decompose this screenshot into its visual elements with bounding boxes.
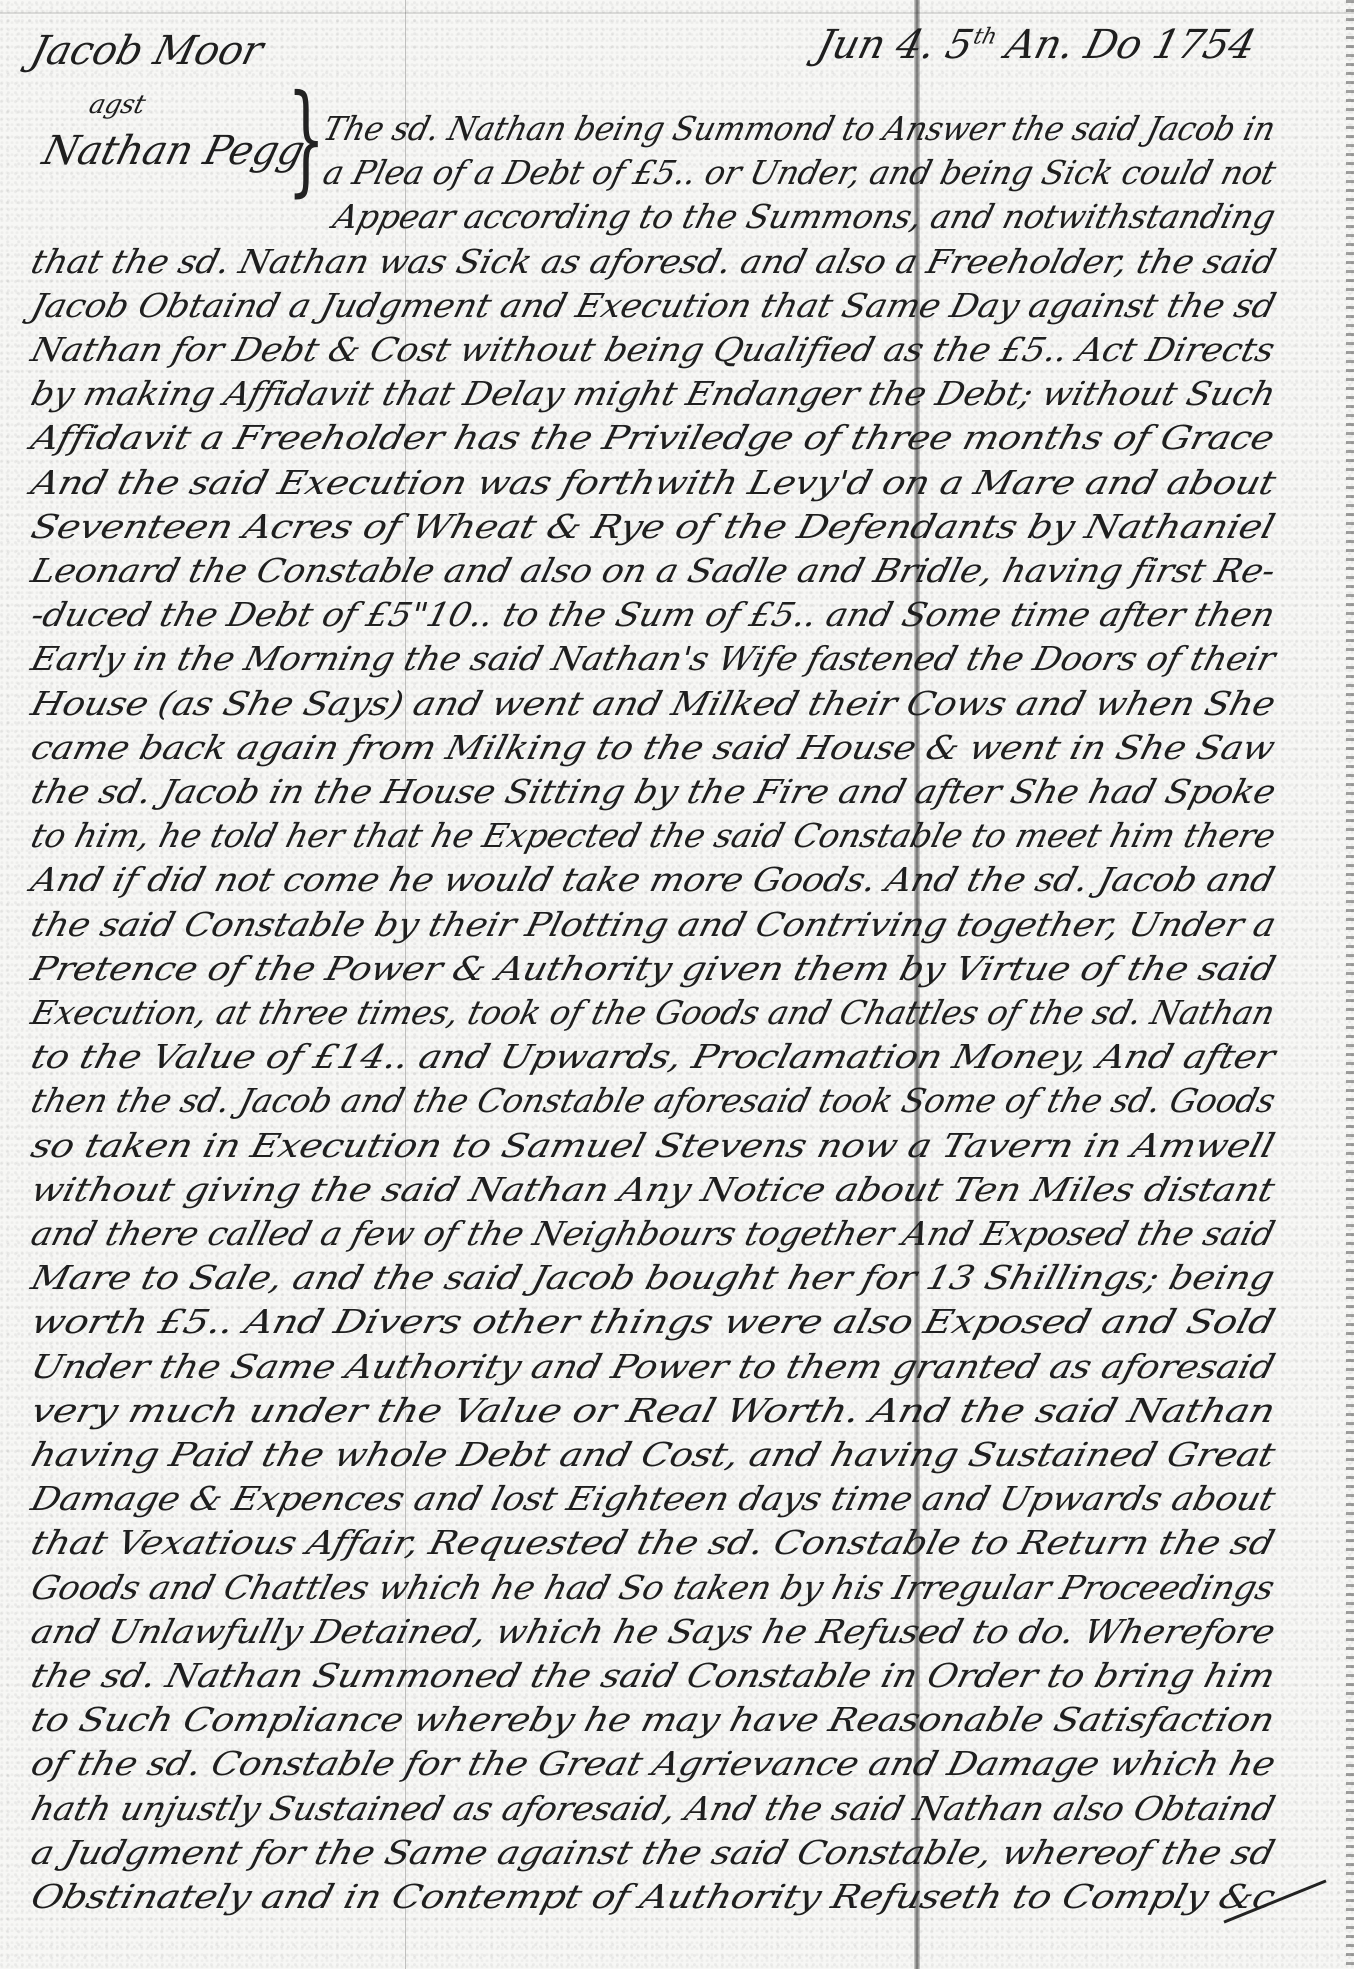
date-day: Jun 4. 5 — [812, 22, 978, 68]
record-line: to Such Compliance whereby he may have R… — [28, 1703, 1278, 1736]
record-line: came back again from Milking to the said… — [28, 731, 1278, 764]
paper-edge-right — [1346, 0, 1354, 1969]
record-line: Early in the Morning the said Nathan's W… — [28, 642, 1278, 675]
record-line: Under the Same Authority and Power to th… — [28, 1350, 1278, 1383]
record-line: a Plea of a Debt of £5.. or Under, and b… — [320, 156, 1279, 189]
paper-fold-horizontal — [0, 12, 1354, 14]
date-year: An. Do 1754 — [989, 22, 1260, 68]
record-line: a Judgment for the Same against the said… — [28, 1836, 1278, 1869]
record-line: the said Constable by their Plotting and… — [28, 908, 1279, 941]
record-line: that Vexatious Affair, Requested the sd.… — [28, 1526, 1278, 1559]
caption-plaintiff: Jacob Moor — [26, 28, 267, 74]
record-line: that the sd. Nathan was Sick as aforesd.… — [28, 245, 1279, 278]
record-line: Pretence of the Power & Authority given … — [28, 952, 1279, 985]
caption-versus: agst — [86, 90, 148, 120]
record-line: Nathan for Debt & Cost without being Qua… — [28, 333, 1278, 366]
record-line: of the sd. Constable for the Great Agrie… — [28, 1747, 1279, 1780]
record-line: Jacob Obtaind a Judgment and Execution t… — [28, 289, 1279, 322]
caption-brace: } — [287, 80, 325, 200]
record-line: worth £5.. And Divers other things were … — [28, 1305, 1278, 1338]
date-line: Jun 4. 5th An. Do 1754 — [812, 22, 1260, 68]
record-line: very much under the Value or Real Worth.… — [28, 1394, 1278, 1427]
record-line: having Paid the whole Debt and Cost, and… — [28, 1438, 1278, 1471]
record-line: Mare to Sale, and the said Jacob bought … — [28, 1261, 1278, 1294]
record-line: so taken in Execution to Samuel Stevens … — [28, 1129, 1278, 1162]
record-line: House (as She Says) and went and Milked … — [28, 687, 1279, 720]
record-line: to him, he told her that he Expected the… — [28, 819, 1279, 852]
record-line: Appear according to the Summons, and not… — [330, 200, 1278, 233]
record-line: to the Value of £14.. and Upwards, Procl… — [28, 1040, 1278, 1073]
record-line: Leonard the Constable and also on a Sadl… — [28, 554, 1279, 587]
record-line: the sd. Jacob in the House Sitting by th… — [28, 775, 1279, 808]
record-line: the sd. Nathan Summoned the said Constab… — [28, 1659, 1278, 1692]
record-line: by making Affidavit that Delay might End… — [28, 377, 1279, 410]
record-line: Execution, at three times, took of the G… — [28, 996, 1278, 1029]
record-line: hath unjustly Sustained as aforesaid, An… — [28, 1792, 1278, 1825]
record-line: then the sd. Jacob and the Constable afo… — [28, 1084, 1278, 1117]
record-line: Damage & Expences and lost Eighteen days… — [28, 1482, 1278, 1515]
record-line: The sd. Nathan being Summond to Answer t… — [320, 112, 1279, 145]
record-line: and there called a few of the Neighbours… — [28, 1217, 1278, 1250]
record-line: Goods and Chattles which he had So taken… — [28, 1571, 1278, 1604]
record-line: and Unlawfully Detained, which he Says h… — [28, 1615, 1278, 1648]
record-line: Seventeen Acres of Wheat & Rye of the De… — [28, 510, 1278, 543]
record-line: -duced the Debt of £5"10.. to the Sum of… — [28, 598, 1278, 631]
record-line: And the said Execution was forthwith Lev… — [28, 466, 1279, 499]
caption-defendant: Nathan Pegg — [38, 128, 309, 174]
record-line: Obstinately and in Contempt of Authority… — [28, 1880, 1278, 1913]
record-line: Affidavit a Freeholder has the Priviledg… — [28, 421, 1278, 454]
record-line: And if did not come he would take more G… — [28, 863, 1278, 896]
document-page: Jacob Moor agst Nathan Pegg } Jun 4. 5th… — [0, 0, 1354, 1969]
record-line: without giving the said Nathan Any Notic… — [28, 1173, 1278, 1206]
